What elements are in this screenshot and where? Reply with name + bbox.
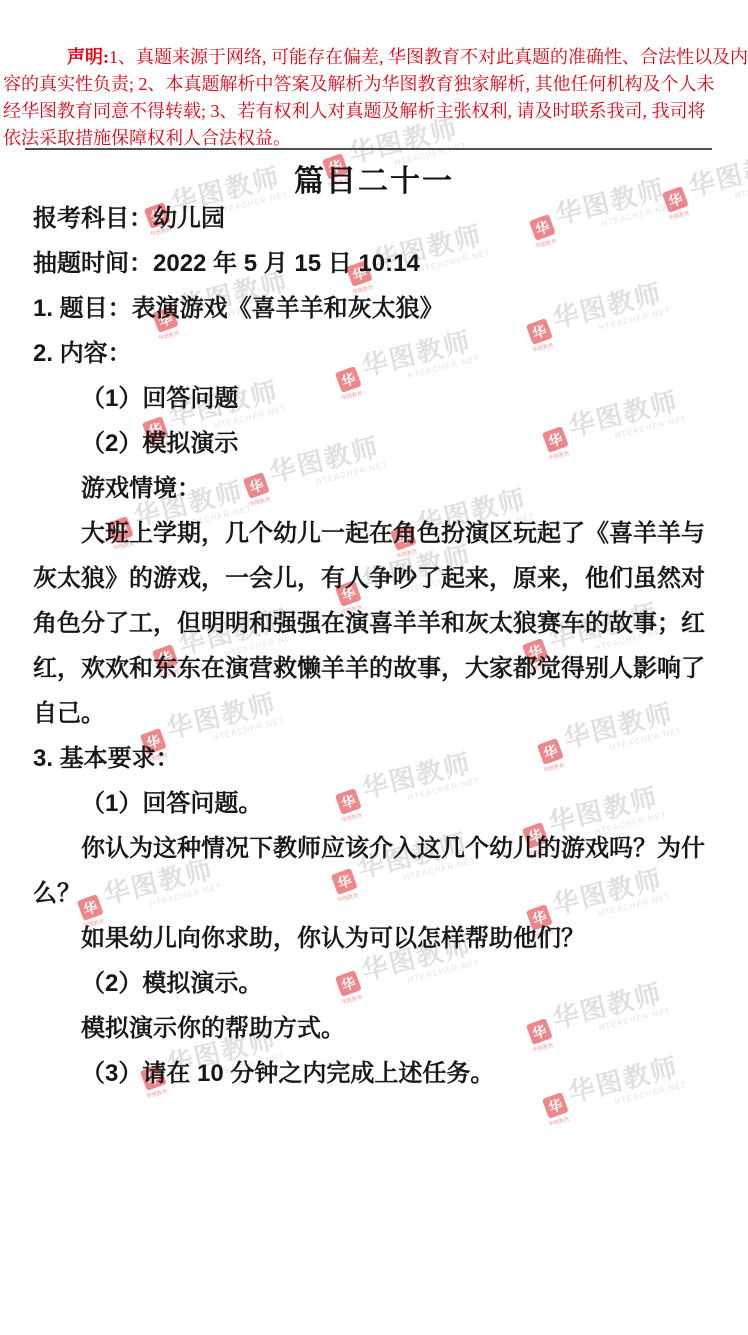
- requirement-question-line-2: 么？: [33, 871, 738, 916]
- requirement-question-help: 如果幼儿向你求助，你认为可以怎样帮助他们？: [33, 916, 738, 961]
- content-item-answer: （1）回答问题: [33, 376, 738, 421]
- disclaimer-text-1: 1、真题来源于网络, 可能存在偏差, 华图教育不对此真题的准确性、合法性以及内: [109, 47, 748, 67]
- game-scenario-label: 游戏情境：: [33, 466, 738, 511]
- content-item-demo: （2）模拟演示: [33, 421, 738, 466]
- scenario-text-line-2: 灰太狼》的游戏，一会儿，有人争吵了起来，原来，他们虽然对: [33, 556, 738, 601]
- disclaimer-label: 声明:: [67, 47, 109, 67]
- requirement-time-limit: （3）请在 10 分钟之内完成上述任务。: [33, 1051, 738, 1096]
- disclaimer-line-2: 容的真实性负责; 2、本真题解析中答案及解析为华图教育独家解析, 其他任何机构及…: [3, 71, 746, 98]
- requirement-demo-desc: 模拟演示你的帮助方式。: [33, 1006, 738, 1051]
- scenario-text-line-3: 角色分了工，但明明和强强在演喜羊羊和灰太狼赛车的故事；红: [33, 601, 738, 646]
- document-page: 华华图教育华图教师HTEACHER.NET华华图教育华图教师HTEACHER.N…: [0, 0, 748, 1335]
- requirement-item-demo: （2）模拟演示。: [33, 961, 738, 1006]
- heading-question-title: 1. 题目：表演游戏《喜羊羊和灰太狼》: [33, 286, 738, 331]
- divider-line: [25, 148, 712, 150]
- page-title: 篇目二十一: [0, 156, 748, 200]
- field-draw-time: 抽题时间：2022 年 5 月 15 日 10:14: [33, 241, 738, 286]
- content-body: 报考科目：幼儿园 抽题时间：2022 年 5 月 15 日 10:14 1. 题…: [33, 196, 738, 1096]
- disclaimer-line-3: 经华图教育同意不得转载; 3、若有权利人对真题及解析主张权利, 请及时联系我司,…: [3, 98, 746, 125]
- huatu-logo-icon: 华华图教育: [541, 1093, 572, 1129]
- disclaimer: 声明:1、真题来源于网络, 可能存在偏差, 华图教育不对此真题的准确性、合法性以…: [3, 44, 746, 152]
- heading-basic-requirements: 3. 基本要求：: [33, 736, 738, 781]
- requirement-item-answer: （1）回答问题。: [33, 781, 738, 826]
- scenario-text-line-4: 红，欢欢和东东在演营救懒羊羊的故事，大家都觉得别人影响了: [33, 646, 738, 691]
- disclaimer-line-1: 声明:1、真题来源于网络, 可能存在偏差, 华图教育不对此真题的准确性、合法性以…: [3, 44, 746, 71]
- requirement-question-line-1: 你认为这种情况下教师应该介入这几个幼儿的游戏吗？为什: [33, 826, 738, 871]
- heading-content: 2. 内容：: [33, 331, 738, 376]
- scenario-text-line-5: 自己。: [33, 691, 738, 736]
- scenario-text-line-1: 大班上学期，几个幼儿一起在角色扮演区玩起了《喜羊羊与: [33, 511, 738, 556]
- field-subject: 报考科目：幼儿园: [33, 196, 738, 241]
